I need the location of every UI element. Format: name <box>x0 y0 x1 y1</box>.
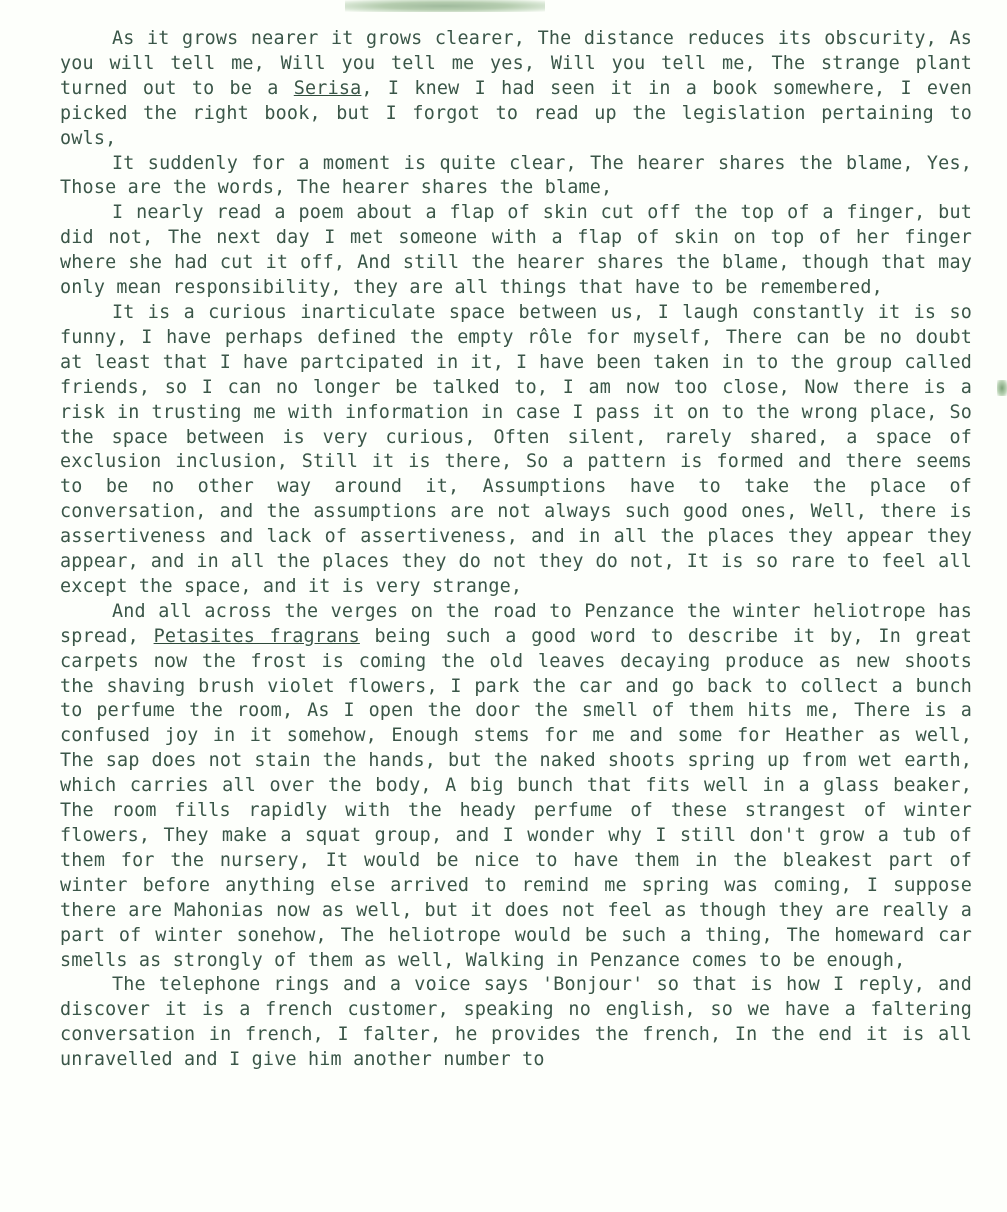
paragraph-text: It is a curious inarticulate space betwe… <box>60 302 972 597</box>
paragraph: The telephone rings and a voice says 'Bo… <box>60 973 972 1073</box>
scan-smudge-top <box>345 0 545 12</box>
underlined-term: Serisa <box>294 78 362 99</box>
paragraph-text: I nearly read a poem about a flap of ski… <box>60 202 972 298</box>
paragraph: As it grows nearer it grows clearer, The… <box>60 27 972 152</box>
paragraph-text: being such a good word to describe it by… <box>60 626 972 971</box>
paragraph-text: It suddenly for a moment is quite clear,… <box>60 153 972 199</box>
paragraph: It suddenly for a moment is quite clear,… <box>60 152 972 202</box>
paragraph: It is a curious inarticulate space betwe… <box>60 301 972 600</box>
paragraph: And all across the verges on the road to… <box>60 600 972 974</box>
scan-mark-edge <box>997 380 1007 396</box>
paragraph: I nearly read a poem about a flap of ski… <box>60 201 972 301</box>
paragraph-text: The telephone rings and a voice says 'Bo… <box>60 974 972 1070</box>
underlined-term: Petasites fragrans <box>154 626 360 647</box>
typed-page: As it grows nearer it grows clearer, The… <box>60 27 972 1073</box>
